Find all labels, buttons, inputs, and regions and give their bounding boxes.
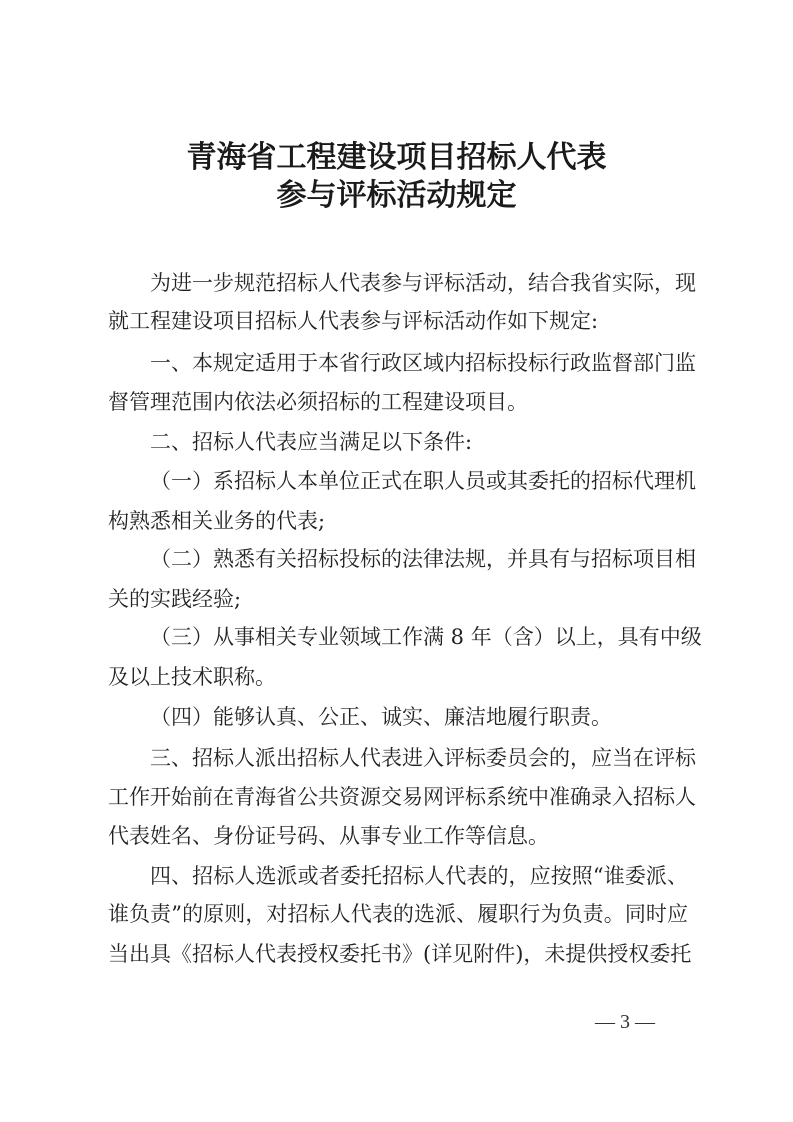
body-line: （三）从事相关专业领域工作满 8 年（含）以上，具有中级 [150, 622, 688, 652]
body-line: 督管理范围内依法必须招标的工程建设项目。 [108, 387, 688, 417]
body-line: 构熟悉相关业务的代表; [108, 506, 688, 536]
body-line: 一、本规定适用于本省行政区域内招标投标行政监督部门监 [150, 348, 688, 378]
body-line: 关的实践经验; [108, 584, 688, 614]
body-line: 就工程建设项目招标人代表参与评标活动作如下规定: [108, 306, 688, 336]
body-line: 当出具《招标人代表授权委托书》(详见附件)，未提供授权委托 [108, 939, 688, 969]
body-line: （四）能够认真、公正、诚实、廉洁地履行职责。 [150, 702, 688, 732]
body-line: （二）熟悉有关招标投标的法律法规，并具有与招标项目相 [150, 544, 688, 574]
page-number: — 3 — [580, 1008, 670, 1036]
body-line: 代表姓名、身份证号码、从事专业工作等信息。 [108, 821, 688, 851]
document-page: 青海省工程建设项目招标人代表 参与评标活动规定 为进一步规范招标人代表参与评标活… [0, 0, 793, 1122]
document-title-line-1: 青海省工程建设项目招标人代表 [0, 139, 793, 177]
body-line: 四、招标人选派或者委托招标人代表的，应按照“谁委派、 [150, 861, 688, 891]
body-line: 三、招标人派出招标人代表进入评标委员会的，应当在评标 [150, 743, 688, 773]
body-line: 为进一步规范招标人代表参与评标活动，结合我省实际，现 [150, 268, 688, 298]
body-line: 谁负责”的原则，对招标人代表的选派、履职行为负责。同时应 [108, 899, 688, 929]
body-line: （一）系招标人本单位正式在职人员或其委托的招标代理机 [150, 466, 688, 496]
document-title-line-2: 参与评标活动规定 [0, 177, 793, 215]
body-line: 工作开始前在青海省公共资源交易网评标系统中准确录入招标人 [108, 782, 688, 812]
body-line: 二、招标人代表应当满足以下条件: [150, 427, 688, 457]
body-line: 及以上技术职称。 [108, 662, 688, 692]
